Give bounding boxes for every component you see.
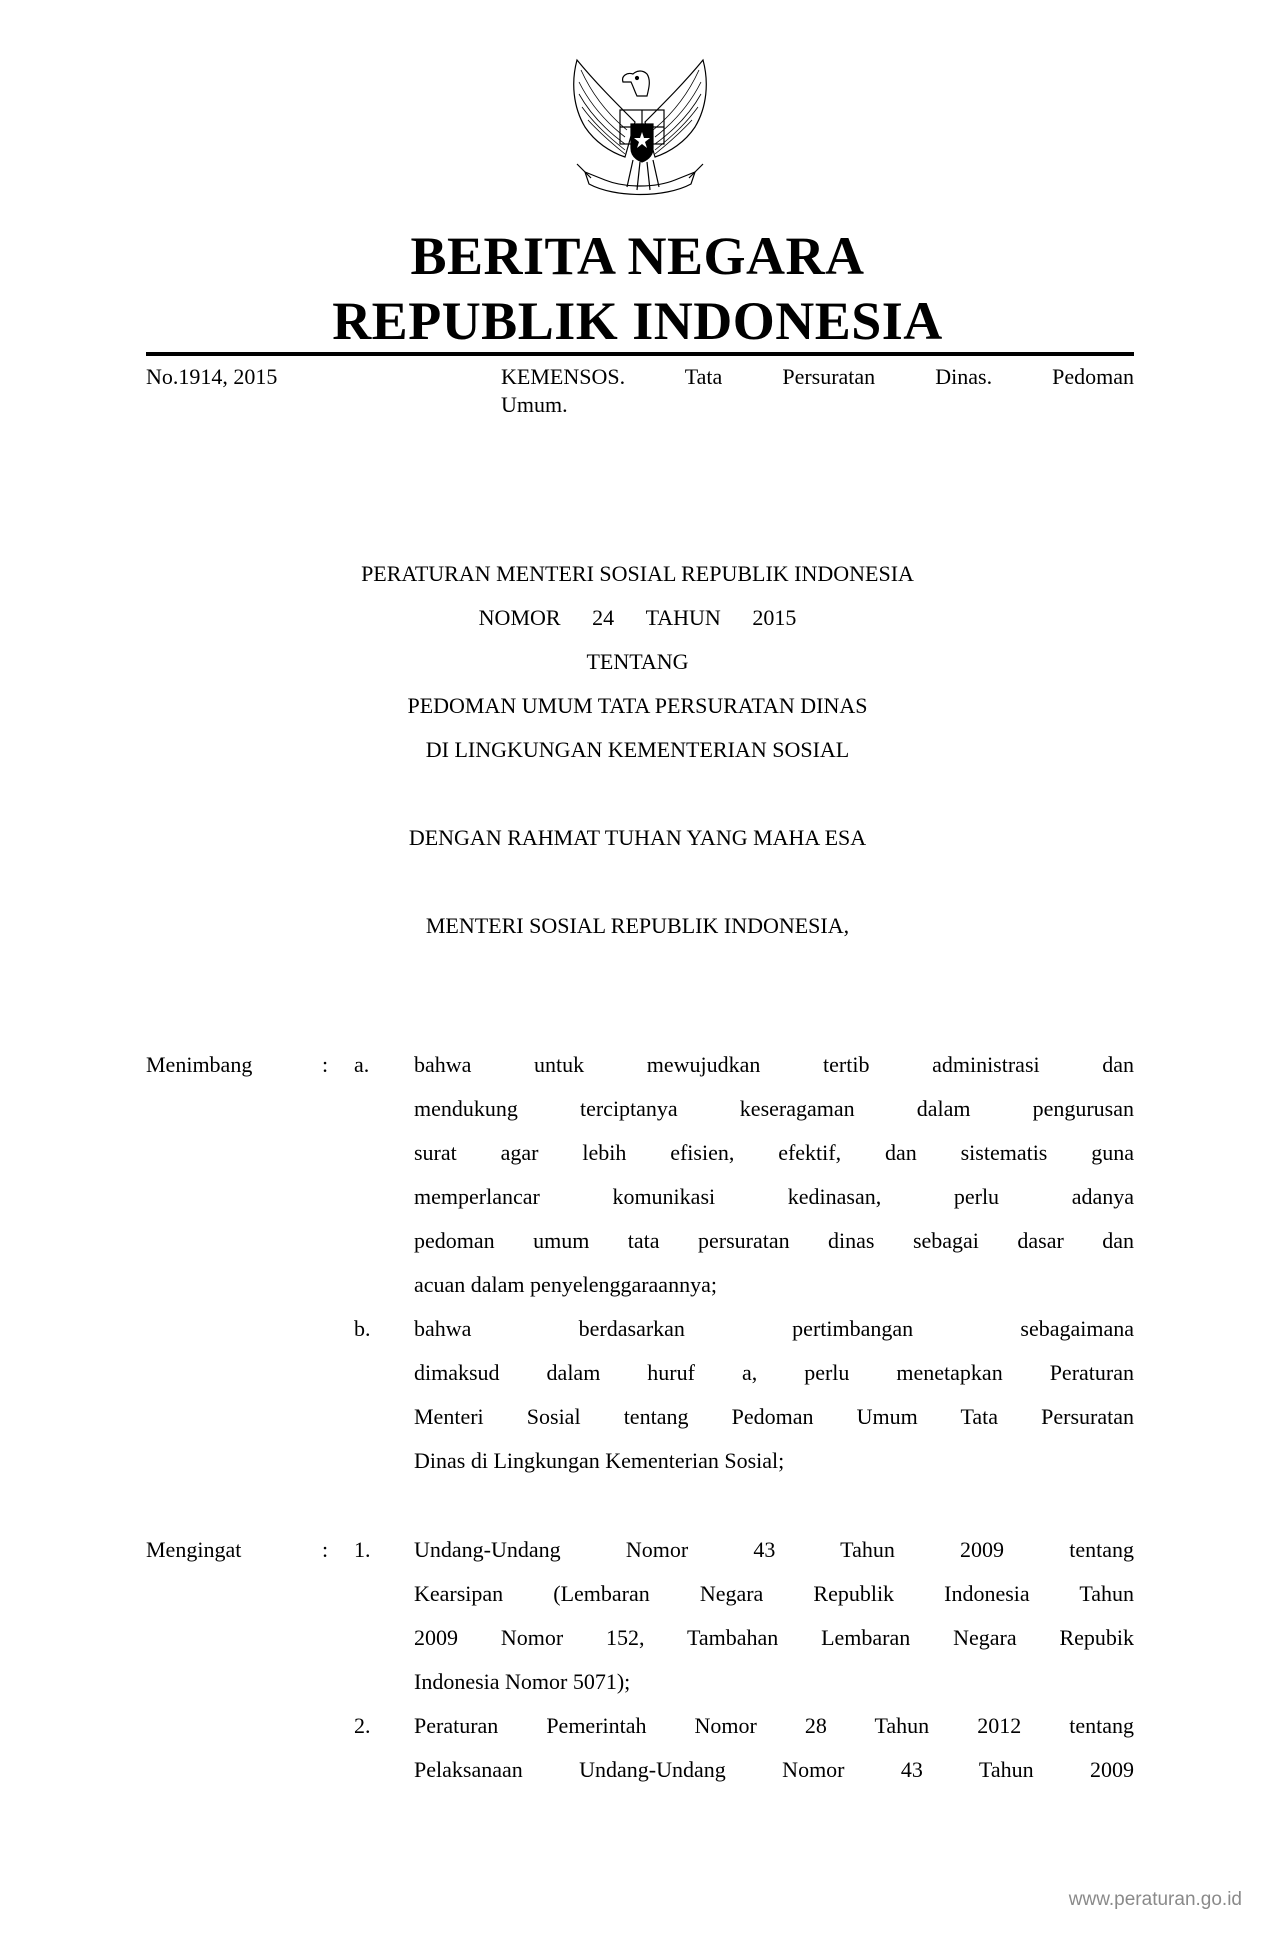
text-line: surat agar lebih efisien, efektif, dan s… xyxy=(414,1131,1134,1175)
masthead-title-line2: REPUBLIK INDONESIA xyxy=(0,292,1275,350)
nomor-value: 24 xyxy=(592,604,614,632)
mengingat-item: 1. Undang-Undang Nomor 43 Tahun 2009 ten… xyxy=(146,1528,1134,1704)
nomor-label: NOMOR xyxy=(479,604,561,632)
text-line: Pelaksanaan Undang-Undang Nomor 43 Tahun… xyxy=(414,1748,1134,1792)
garuda-pancasila-emblem-icon xyxy=(555,52,725,212)
text-line: acuan dalam penyelenggaraannya; xyxy=(414,1263,1134,1307)
regulation-subject-line1: PEDOMAN UMUM TATA PERSURATAN DINAS xyxy=(0,692,1275,720)
regulation-title: PERATURAN MENTERI SOSIAL REPUBLIK INDONE… xyxy=(0,560,1275,588)
item-marker: a. xyxy=(354,1043,404,1087)
mengingat-item: 2. Peraturan Pemerintah Nomor 28 Tahun 2… xyxy=(146,1704,1134,1792)
menimbang-item: b. bahwa berdasarkan pertimbangan sebaga… xyxy=(146,1307,1134,1483)
masthead-title-line1: BERITA NEGARA xyxy=(0,227,1275,285)
gazette-subject-line1: KEMENSOS. Tata Persuratan Dinas. Pedoman xyxy=(501,363,1134,391)
issuing-authority: MENTERI SOSIAL REPUBLIK INDONESIA, xyxy=(0,912,1275,940)
text-line: pedoman umum tata persuratan dinas sebag… xyxy=(414,1219,1134,1263)
mengingat-section: Mengingat : 1. Undang-Undang Nomor 43 Ta… xyxy=(146,1528,1134,1792)
text-line: bahwa berdasarkan pertimbangan sebagaima… xyxy=(414,1307,1134,1351)
item-text: Peraturan Pemerintah Nomor 28 Tahun 2012… xyxy=(414,1704,1134,1792)
gazette-subject-line2: Umum. xyxy=(501,392,568,417)
text-line: bahwa untuk mewujudkan tertib administra… xyxy=(414,1043,1134,1087)
item-text: bahwa berdasarkan pertimbangan sebagaima… xyxy=(414,1307,1134,1483)
tentang-label: TENTANG xyxy=(0,648,1275,676)
text-line: memperlancar komunikasi kedinasan, perlu… xyxy=(414,1175,1134,1219)
item-marker: 2. xyxy=(354,1704,404,1748)
text-line: Undang-Undang Nomor 43 Tahun 2009 tentan… xyxy=(414,1528,1134,1572)
source-url-watermark: www.peraturan.go.id xyxy=(1069,1889,1242,1911)
regulation-subject-line2: DI LINGKUNGAN KEMENTERIAN SOSIAL xyxy=(0,736,1275,764)
text-line: Peraturan Pemerintah Nomor 28 Tahun 2012… xyxy=(414,1704,1134,1748)
invocation: DENGAN RAHMAT TUHAN YANG MAHA ESA xyxy=(0,824,1275,852)
tahun-value: 2015 xyxy=(752,604,796,632)
item-text: bahwa untuk mewujudkan tertib administra… xyxy=(414,1043,1134,1307)
item-marker: 1. xyxy=(354,1528,404,1572)
gazette-number: No.1914, 2015 xyxy=(146,363,277,391)
text-line: dimaksud dalam huruf a, perlu menetapkan… xyxy=(414,1351,1134,1395)
item-marker: b. xyxy=(354,1307,404,1351)
tahun-label: TAHUN xyxy=(646,604,721,632)
masthead-divider xyxy=(146,352,1134,356)
menimbang-section: Menimbang : a. bahwa untuk mewujudkan te… xyxy=(146,1043,1134,1483)
text-line: Indonesia Nomor 5071); xyxy=(414,1660,1134,1704)
text-line: Dinas di Lingkungan Kementerian Sosial; xyxy=(414,1439,1134,1483)
text-line: 2009 Nomor 152, Tambahan Lembaran Negara… xyxy=(414,1616,1134,1660)
menimbang-item: a. bahwa untuk mewujudkan tertib adminis… xyxy=(146,1043,1134,1307)
item-text: Undang-Undang Nomor 43 Tahun 2009 tentan… xyxy=(414,1528,1134,1704)
text-line: Menteri Sosial tentang Pedoman Umum Tata… xyxy=(414,1395,1134,1439)
text-line: mendukung terciptanya keseragaman dalam … xyxy=(414,1087,1134,1131)
regulation-number: NOMOR 24 TAHUN 2015 xyxy=(0,604,1275,632)
text-line: Kearsipan (Lembaran Negara Republik Indo… xyxy=(414,1572,1134,1616)
gazette-subject: KEMENSOS. Tata Persuratan Dinas. Pedoman… xyxy=(501,363,1134,419)
